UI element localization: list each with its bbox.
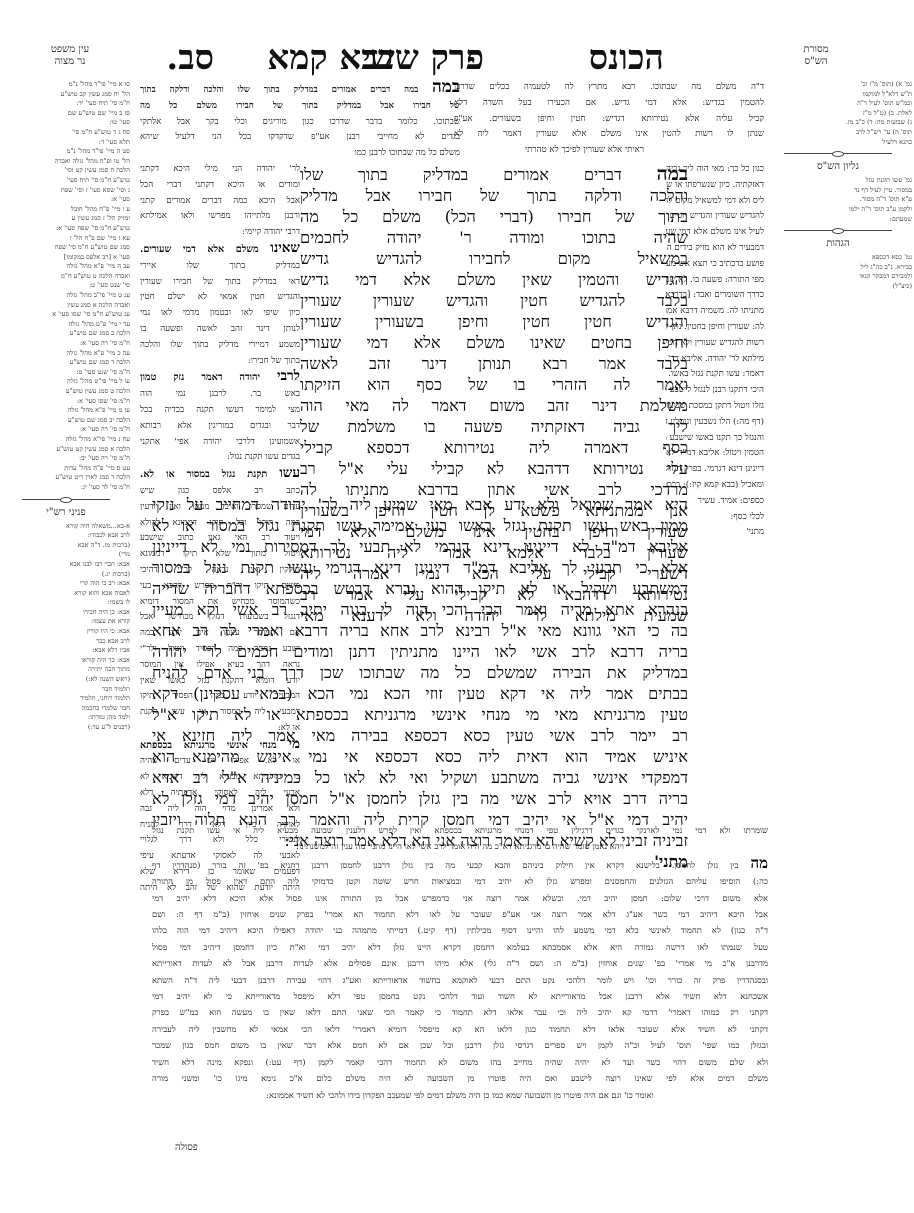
- ein-mishpat-note: עג טוש"ע ח"מ סי' שסו סעי' א: [2, 310, 130, 320]
- gemara-line: ממון באש עשו תקנת נגזל באשו בעי אמימר עש…: [152, 515, 688, 536]
- gemara-line: אלא כי תבעי לך אליבא דמ"ד דיינינן דינא ד…: [152, 557, 688, 578]
- tosafot-line: בגדים לא מחייבי רבנן אע"פ שדקדקו בכל הני…: [140, 130, 460, 146]
- gilyon-hashas-notes: גמ' עשו תקנת נגזל במסור. עיין לעיל דף נד…: [764, 176, 912, 224]
- tosafot-dibbur-hamatchil: לרבי: [277, 369, 300, 384]
- gemara-line: טעין מרגניתא מאי מי מנחי אינשי מרגניתא ב…: [152, 704, 688, 725]
- penini-rashi-note: (ראש השנה לא:): [2, 675, 130, 685]
- tosafot-commentary: במה במה דברים אמורים במדליק בתוך שלו והל…: [140, 80, 460, 162]
- hagahot-note: גמ' כסא דכספא: [764, 253, 912, 263]
- penini-rashi-note: לאבוה אבא והוא קורא: [2, 589, 130, 599]
- gilyon-note: ולקמן ע"ב תוס' ד"ה ילמו: [764, 205, 912, 215]
- bottom-lead-word: מה: [750, 855, 768, 872]
- penini-rashi-note: מתוך חבה יתירה: [2, 665, 130, 675]
- ein-mishpat-note: הל' טו ופ"ח מהל' גזלה ואבדה: [2, 157, 130, 167]
- masoret-note: ג) שבועות מה: ד) כ"ב מז.: [764, 118, 912, 128]
- ein-mishpat-note: טוש"ע ח"מ סי' תיח סעי': [2, 176, 130, 186]
- tosafot-line: באש בר. לרבנן נמי הוה: [140, 387, 300, 403]
- tosafot-line: ומודים או היכא דקתני דברי הכל: [140, 178, 300, 194]
- bottom-line: דקתני לא חשיד אלא שעובר אלאו דלא תחמוד כ…: [152, 1021, 768, 1037]
- tosafot-line: מצי למימר דעשו תקנה בכדיה בכל: [140, 403, 300, 419]
- penini-rashi-note: ולמד מהן גמרתו:: [2, 713, 130, 723]
- ein-mishpat-note: תלא סעי' ד:: [2, 138, 130, 148]
- rashi-line: ד"ה משלם מה שבתוכו. רבא מתרץ לה לטעמיה ב…: [454, 80, 764, 96]
- gemara-line: בריה דרב אויא לרב אשי מה בין גזלן לחמסן …: [152, 788, 688, 809]
- masoret-note: וכמ"ש תוס' לעיל ד"ה: [764, 99, 912, 109]
- bottom-line: אבל היכא דיהיב דמי כשר אע"ג דלא אמר רוצה…: [152, 906, 768, 922]
- rashi-commentary: ד"ה משלם מה שבתוכו. רבא מתרץ לה לטעמיה ב…: [454, 80, 764, 159]
- hashas-label: הש"ס: [776, 56, 856, 68]
- gemara-line: בתוך של חבירו (דברי הכל) משלם כל מה: [300, 206, 688, 227]
- ein-mishpat-note: סעי' א:: [2, 195, 130, 205]
- penini-rashi-note: לרב אבא לכבודו:: [2, 531, 130, 541]
- penini-rashi-note: תלמיד חבר: [2, 685, 130, 695]
- bottom-line: מה בין גזלן לחמסן. בלישנא דקרא אין חילוק…: [152, 855, 768, 873]
- gemara-line: ליך גביה דאזקתיה פשעה בו משלמת של: [300, 416, 688, 437]
- ornamental-divider: [784, 153, 892, 154]
- masoret-label: מסורת: [776, 44, 856, 56]
- gilyon-note: ע"א תוס' ד"ה מסור.: [764, 195, 912, 205]
- ein-mishpat-note: ג וסי' שסא סעי' ז וסי' שפח: [2, 186, 130, 196]
- ein-mishpat-note: ואבדה הלכה ט טוש"ע ח"מ: [2, 272, 130, 282]
- masoret-note: כהנא דלעיל: [764, 138, 912, 148]
- gemara-line: אליבא דמ"ד לא דיינינן דינא דגרמי לא תבעי…: [152, 536, 688, 557]
- tosafot-text: במה דברים אמורים במדליק בתוך שלו והלכה ו…: [140, 85, 418, 95]
- tosafot-line: דבר ובגדים במוריגין אלא רבותא: [140, 419, 300, 435]
- ein-mishpat-note: הלכה ד סמג לאוין ריט טוש"ע: [2, 473, 130, 483]
- bottom-line: ולא שלם משום דהוי כשר ועד לא יהיה שהיה מ…: [152, 1054, 768, 1070]
- ein-mishpat-note: ח"מ סי' שנט סעי' ט:: [2, 368, 130, 378]
- penini-rashi-note: אבא: כך היה קוראו: [2, 656, 130, 666]
- tosafot-line: שאינו משלם אלא דמי שעורים.: [140, 241, 300, 259]
- gemara-line: וחיפן בחטים שאינו משלם אלא דמי שעורין: [300, 332, 688, 353]
- gilyon-hashas-title: גליון הש"ס: [764, 160, 912, 174]
- tosafot-line: לר' יהודה הני מילי היכא דקתני: [140, 162, 300, 178]
- ein-mishpat-note: ח"מ סי' רה סעי' יב:: [2, 454, 130, 464]
- ein-mishpat-note: עט ס מיי' פ"ח מהל' עדות: [2, 464, 130, 474]
- ein-mishpat-note: ח"מ סי' לד סעי' יג:: [2, 483, 130, 493]
- gemara-line: ואמר לה הזהרי בו של כסף הוא הזיקתו: [300, 374, 688, 395]
- gemara-text-wide: היא אמר שמואל ולא ידע אבא מאי שמיע ליה ל…: [152, 494, 688, 872]
- gemara-line: איניש אמיד הוא דאית ליה כסא דכספא אי נמי…: [152, 746, 688, 767]
- ein-mishpat-note: ח"מ סי' רה סעי' א:: [2, 339, 130, 349]
- tosafot-lead-word: במה: [432, 80, 460, 97]
- rashi-line: להטמין בגדיש: אלא דמי גדיש. אם הכעירו בע…: [454, 96, 764, 112]
- ein-mishpat-note: ע ו מיי' פ"ח מהל' חובל: [2, 205, 130, 215]
- catchword: פסולה: [175, 1142, 198, 1153]
- penini-rashi-note: (ברכות מז. ד"ה אבא: [2, 541, 130, 551]
- ein-mishpat-note: הלכה א סמג עשין קט טוש"ע: [2, 445, 130, 455]
- ein-mishpat-note: עח נ מיי' פי"א מהל' גזלה: [2, 435, 130, 445]
- gemara-line: במשאיל מקום לחבירו להגדיש גדיש: [300, 248, 688, 269]
- ein-mishpat-note: עא ז מיי' שם פ"ח הל' ז: [2, 234, 130, 244]
- ein-mishpat-note: הלכה ט סמג עשין טוש"ע: [2, 387, 130, 397]
- bottom-line: משלם דמים אלא לפי שאינו רוצה לישבע ואם ה…: [152, 1070, 768, 1086]
- penini-rashi-note: אבא: רב כי הוה קרי: [2, 579, 130, 589]
- header-masoret-label: מסורת הש"ס: [776, 44, 856, 68]
- bottom-line: כה:) הוסיפו עליהם הגזלנים והחמסנים ומפרש…: [152, 873, 768, 889]
- hagahot-note: ולמכירם דמבקר קנאי: [764, 272, 912, 282]
- bottom-text: בין גזלן לחמסן. בלישנא דקרא אין חילוק בי…: [152, 860, 739, 870]
- penini-rashi-note: לרב אבא כבר: [2, 637, 130, 647]
- tosafot-line: דרבי יהודה קיימי:: [140, 225, 300, 241]
- ein-mishpat-note: ח"מ סי' רה סעי' א:: [2, 425, 130, 435]
- gemara-line: במה דברים אמורים במדליק בתוך שלו: [300, 164, 688, 185]
- ornamental-divider: [22, 499, 110, 500]
- tosafot-line: אבל היכא כמה דברים אמורים קתני: [140, 194, 300, 210]
- chapter-name: הכונס: [589, 38, 664, 78]
- penini-rashi-note: (רבנים ל"ע עד:): [2, 723, 130, 733]
- ein-mishpat-note: עו ל מיי' פי"ט מהל' גזלה: [2, 377, 130, 387]
- ein-mishpat-note: הלכה ח סמג עשין קט וסי': [2, 166, 130, 176]
- ein-mishpat-note: סמג שם טוש"ע ח"מ סי' שפח: [2, 243, 130, 253]
- ein-mishpat-note: ומזיק הל' ז סמג עשין ע: [2, 214, 130, 224]
- ein-mishpat-note: ואבדה הלכה א סמג עשין: [2, 301, 130, 311]
- penini-rashi-note: מרי): [2, 550, 130, 560]
- gemara-line: דמפקדי אינשי גביה משתבע ושקיל ואי לא לאו…: [152, 767, 688, 788]
- gemara-line: שהיה בתוכו ומודה ר' יהודה לחכמים: [300, 227, 688, 248]
- penini-rashi-note: תלמוד רוחני, תלמיד: [2, 694, 130, 704]
- ein-mishpat-note: סעי' א [רב אלפס במקומו]: [2, 253, 130, 263]
- gilyon-note: גמ' עשו תקנת נגזל: [764, 176, 912, 186]
- bottom-line: ובסנהדרין פרק זה בורר וכו' ויש לומר דלהכ…: [152, 972, 768, 988]
- tosafot-line: ורבנן מלתייהו מפרשי ולאו אמילתא: [140, 209, 300, 225]
- penini-rashi-notes: א-בא...משאלה היה קוראלרב אבא לכבודו:(ברכ…: [2, 522, 130, 733]
- ein-mishpat-note: סז ב מיי' שם טוש"ע שם: [2, 109, 130, 119]
- tosafot-line: לרבי יהודה דאמר נזק טמון: [140, 369, 300, 387]
- ein-mishpat-note: עג ט מיי' פי"ב מהל' גזלה: [2, 291, 130, 301]
- penini-rashi-note: (ברכות יג.): [2, 570, 130, 580]
- ornamental-divider: [784, 230, 892, 231]
- ein-mishpat-note: עז מ מיי' פ"א מהל' גזלה: [2, 406, 130, 416]
- penini-rashi-note: קורא את עצמו:: [2, 617, 130, 627]
- masoret-note: ת"ש דלא"ל למוקמו: [764, 90, 912, 100]
- gemara-line: והלכה ודלקה בתוך של חבירו אבל מדליק: [300, 185, 688, 206]
- penini-rashi-note: אביו דלא אבא:: [2, 646, 130, 656]
- tosafot-line: והגדיש חטין אמאי לא ישלם חטין: [140, 290, 300, 306]
- gemara-line: בנהרא אתא מריה ואמר הכי והכי הוה לי בגוה…: [152, 599, 688, 620]
- ner-mitzvah-label: נר מצוה: [40, 56, 100, 68]
- ein-mishpat-note: עב ח מיי' פ"א מהל' גזלה: [2, 262, 130, 272]
- bottom-commentary: שומרתו ולא דמי נמי לארנקי בגדים דרגילין …: [152, 822, 768, 1103]
- penini-rashi-note: לו בשמו:: [2, 598, 130, 608]
- masoret-note: תוס' ה) עי' רש"ל לרב: [764, 128, 912, 138]
- ein-mishpat-note: סט ה מיי' פי"ד מהל' נ"מ: [2, 147, 130, 157]
- bottom-line: אשכחנא דלא חשיד אלא דרבנן אבל מדאורייתא …: [152, 988, 768, 1004]
- gemara-line: בה כי האי גוונא מאי א"ל רבינא לרב אחא בר…: [152, 620, 688, 641]
- bottom-line: ובגזלן כמו שפי' תוס' לעיל וכ"ה לקמן ויש …: [152, 1037, 768, 1053]
- ein-mishpat-note: הל' יח סמג עשין קב טוש"ע: [2, 90, 130, 100]
- tosafot-line: בתוך של חבירו:: [140, 354, 300, 370]
- gemara-line: במדליק את הבירה שמשלם כל מה שבתוכו שכן ד…: [152, 662, 688, 683]
- tosafot-line: שבתוכו. כלומר בדבר שדרכו כגון מוריגים וכ…: [140, 115, 460, 131]
- tractate-title: בבא קמא: [267, 38, 394, 78]
- tosafot-dibbur-hamatchil: עשו: [279, 466, 300, 481]
- tosafot-line: בגדים עשו תקנת נגזל:: [140, 450, 300, 466]
- header-ein-mishpat-label: עין משפט נר מצוה: [40, 44, 100, 68]
- gemara-line: עלי נטירותא דדהבא לא קבילי עלי א"ל רב: [300, 458, 688, 479]
- ein-mishpat-label: עין משפט: [40, 44, 100, 56]
- rashi-line: שנתן לו רשות להטין אינו משלם אלא שעורין …: [454, 127, 764, 143]
- gemara-line: כסף דאמרה ליה נטירותא דכספא קבילי: [300, 437, 688, 458]
- gemara-line: והגדיש והטמין שאין משלם אלא דמי גדיש: [300, 269, 688, 290]
- tosafot-line: במה במה דברים אמורים במדליק בתוך שלו והל…: [140, 80, 460, 99]
- ein-mishpat-note: הלכה יב סמג שם טוש"ע: [2, 416, 130, 426]
- ein-mishpat-note: טוש"ע ח"מ סי' שפח סעי' א:: [2, 224, 130, 234]
- tosafot-line: דאי במדליק בתוך של חבירו שעורין: [140, 275, 300, 291]
- ein-mishpat-note: סעי' טו:: [2, 118, 130, 128]
- bottom-line: טעל שנמתו לאו דרשה גמורה היא אלא אסמכתא …: [152, 939, 768, 955]
- tosafot-line: לנותן דינר זהב לאשה ופשעה בו: [140, 322, 300, 338]
- ein-mishpat-note: עד י מיי' פ"ט מהל' גזלה: [2, 320, 130, 330]
- masoret-hashas-notes: גמ' א) (תוס' מ"ז וכ' ת"ש דלא"ל למוקמו וכ…: [764, 80, 912, 147]
- ein-mishpat-note: ח"מ סי' שסו סעי' א:: [2, 397, 130, 407]
- ein-mishpat-note: סי' שנט סעי' ט:: [2, 281, 130, 291]
- masoret-note: גמ' א) (תוס' מ"ז וכ': [764, 80, 912, 90]
- tosafot-line: עשו תקנת נגזל במסור או לא.: [140, 466, 300, 484]
- gemara-line: בריה דרבא לרב אשי לאו היינו מתניתין דתנן…: [152, 641, 688, 662]
- tosafot-line: של חבירו אבל במדליק בתוך של חבירו משלם כ…: [140, 99, 460, 115]
- bottom-line: ואומר כו' וגם אם היה פוטרו מן השבועה שמא…: [152, 1087, 768, 1103]
- rashi-line: ראיתי אלא שעורין לפיכך לא טהרתי: [454, 143, 764, 159]
- gemara-line: משלמת דינר זהב משום דאמר לה מאי הוה: [300, 395, 688, 416]
- rashi-line: קביל עליה אלא נטירותא דגדיש: חטין וחיפן …: [454, 112, 764, 128]
- ein-mishpat-note: ח"מ סי' תיח סעי' יד:: [2, 99, 130, 109]
- tosafot-line: משמע דמיירי מדליק בתוך שלו והלכה: [140, 338, 300, 354]
- gilyon-note: במסור. עיין לעיל דף נד: [764, 186, 912, 196]
- bottom-line: ד"ה כגון) לא תחמוד לאינשי בלא דמי משמע ל…: [152, 922, 768, 938]
- gemara-line: בלבד להגדיש חטין והגדיש שעורין שעורין: [300, 290, 688, 311]
- tosafot-line: משלם כל מה שבתוכו לרבנן כמו: [140, 146, 460, 162]
- ein-mishpat-note: הלכה ב סמג שם טוש"ע: [2, 329, 130, 339]
- tosafot-continuation-line: ויהא נאמן טומר שהיה בו מרגניתא דא"כ מה ה…: [152, 838, 768, 854]
- bottom-line: דקתני רק כמוהו דאמרי' דדמי קא יהיב ליה ו…: [152, 1004, 768, 1020]
- ein-mishpat-note: סו א מיי' פי"ד מהל' נ"מ: [2, 80, 130, 90]
- ein-mishpat-notes: סו א מיי' פי"ד מהל' נ"מהל' יח סמג עשין ק…: [2, 80, 130, 493]
- gemara-line: והגדיש חטין חטין וחיפן בשעורין שעורין: [300, 311, 688, 332]
- hagahot-notes: גמ' כסא דכספא בבירא. נ"ב כה"ג ליל ולמכיר…: [764, 253, 912, 291]
- ein-mishpat-note: הלכה ד סמג שם טוש"ע: [2, 358, 130, 368]
- penini-rashi-note: חבר שלמדו בחכמה: [2, 704, 130, 714]
- masoret-note: לאלת. ב) (ט"ל מ"ז: [764, 109, 912, 119]
- penini-rashi-note: אבא: חבר רבו לבנו אבא: [2, 560, 130, 570]
- gemara-line: בבתים אמר ליה אי דקא טעין זוזי הכא נמי ה…: [152, 683, 688, 704]
- right-margin: גמ' א) (תוס' מ"ז וכ' ת"ש דלא"ל למוקמו וכ…: [764, 80, 912, 400]
- bottom-lines: כה:) הוסיפו עליהם הגזלנים והחמסנים ומפרש…: [152, 873, 768, 1103]
- penini-rashi-note: אבא: כי היו קורין: [2, 627, 130, 637]
- penini-rashi-note: א-בא...משאלה היה קורא: [2, 522, 130, 532]
- gemara-line: היא אמר שמואל ולא ידע אבא מאי שמיע ליה ל…: [152, 494, 688, 515]
- gemara-line: בלבד אמר רבא תנותן דינר זהב לאשה: [300, 353, 688, 374]
- penini-rashi-title: פניני רש"י: [2, 506, 130, 520]
- tosafot-line: אשמועינן דלרבי יהודה אפי' אתקני: [140, 435, 300, 451]
- ein-mishpat-note: סח ג ד טוש"ע ח"מ סי': [2, 128, 130, 138]
- penini-rashi-note: אבא: כן היה חבירו: [2, 608, 130, 618]
- bottom-line: אלא משום דרכי שלום: חמסן יהיב דמי. וכשלא…: [152, 890, 768, 906]
- tosafot-dibbur-hamatchil: שאינו: [270, 241, 300, 256]
- hagahot-note: (כיצ"ל): [764, 282, 912, 292]
- gilyon-note: שמעתם:: [764, 215, 912, 225]
- tosafot-continuation-line: שומרתו ולא דמי נמי לארנקי בגדים דרגילין …: [152, 822, 768, 838]
- tosafot-line: במדליק בתוך שלו איירי: [140, 259, 300, 275]
- ein-mishpat-note: עה כ מיי' פ"א מהל' גזלה: [2, 349, 130, 359]
- gemara-line: רב יימר לרב אשי טעין כסא דכספא בבירה מאי…: [152, 725, 688, 746]
- gemara-opening-word: במה: [657, 164, 688, 185]
- hagahot-title: הגהות: [764, 237, 912, 251]
- left-margin: סו א מיי' פי"ד מהל' נ"מהל' יח סמג עשין ק…: [2, 80, 130, 840]
- tosafot-line: כיון שיפי לאו ובטמון מדמי לאו נמי: [140, 306, 300, 322]
- hagahot-note: בבירא. נ"ב כה"ג ליל: [764, 263, 912, 273]
- gemara-line: דמשתבע ושקיל או לא תיקו ההוא גברא דבטש ב…: [152, 578, 688, 599]
- daf-number: סב.: [166, 38, 214, 78]
- bottom-line: מדרבנן א"כ מי אמרי' בפ' שנים אוחזין (ב"מ…: [152, 955, 768, 971]
